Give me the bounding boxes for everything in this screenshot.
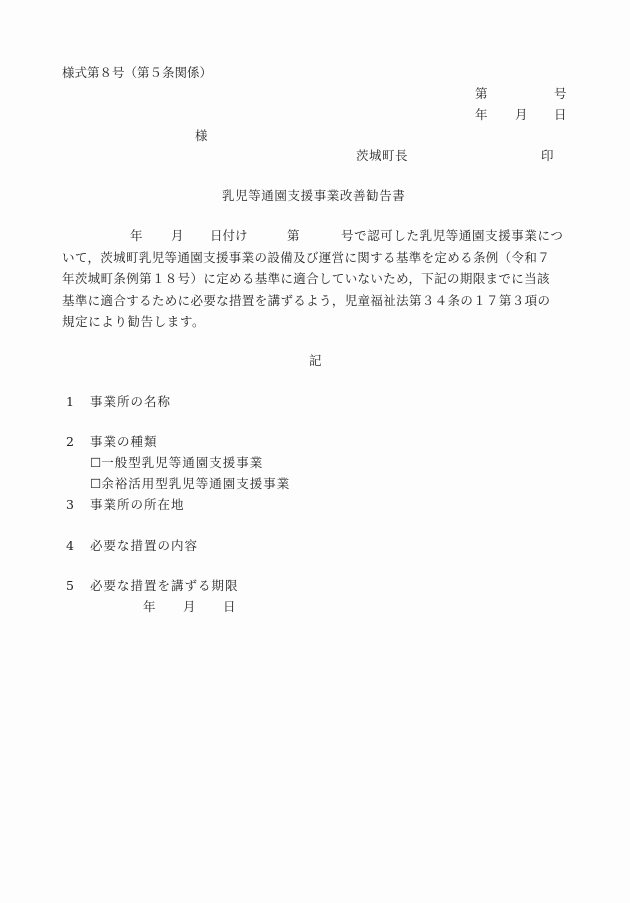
date-day: 日 [554,107,567,123]
deadline-year: 年 [143,599,156,615]
date-year: 年 [475,107,488,123]
doc-number-prefix: 第 [475,86,488,102]
body-line1-rest: 号で認可した乳児等通園支援事業につ [341,228,563,244]
option-label: 一般型乳児等通園支援事業 [101,455,263,470]
option-label: 余裕活用型乳児等通園支援事業 [101,476,290,491]
item-2-title: 事業の種類 [90,434,158,450]
body-day-dated: 日付け [210,228,248,244]
body-month: 月 [171,228,184,244]
seal-mark: 印 [541,148,554,164]
item-5-number: 5 [66,578,74,594]
doc-number-suffix: 号 [554,86,567,102]
document-title: 乳児等通園支援事業改善勧告書 [222,188,405,204]
body-year: 年 [130,228,143,244]
item-3-number: 3 [66,497,74,513]
item-5-title: 必要な措置を講ずる期限 [90,578,239,594]
deadline-month: 月 [183,599,196,615]
body-number-prefix: 第 [287,228,300,244]
option-general-type: ☐一般型乳児等通園支援事業 [90,455,263,471]
item-4-number: 4 [66,538,74,554]
body-line-2: いて，茨城町乳児等通園支援事業の設備及び運営に関する基準を定める条例（令和７ [62,250,550,266]
deadline-day: 日 [223,599,236,615]
item-1-title: 事業所の名称 [90,394,171,410]
checkbox-icon[interactable]: ☐ [90,476,101,491]
option-surplus-type: ☐余裕活用型乳児等通園支援事業 [90,476,290,492]
body-line-5: 規定により勧告します。 [62,314,205,330]
body-line-3: 年茨城町条例第１８号）に定める基準に適合していないため，下記の期限までに当該 [62,271,550,287]
body-line-4: 基準に適合するために必要な措置を講ずるよう，児童福祉法第３４条の１７第３項の [62,293,550,309]
sender-name: 茨城町長 [356,148,408,164]
item-2-number: 2 [66,434,74,450]
addressee-suffix: 様 [195,128,208,144]
item-1-number: 1 [66,394,74,410]
ki-heading: 記 [309,353,322,369]
item-3-title: 事業所の所在地 [90,497,185,513]
date-month: 月 [515,107,528,123]
checkbox-icon[interactable]: ☐ [90,455,101,470]
item-4-title: 必要な措置の内容 [90,538,198,554]
form-label: 様式第８号（第５条関係） [62,65,212,81]
